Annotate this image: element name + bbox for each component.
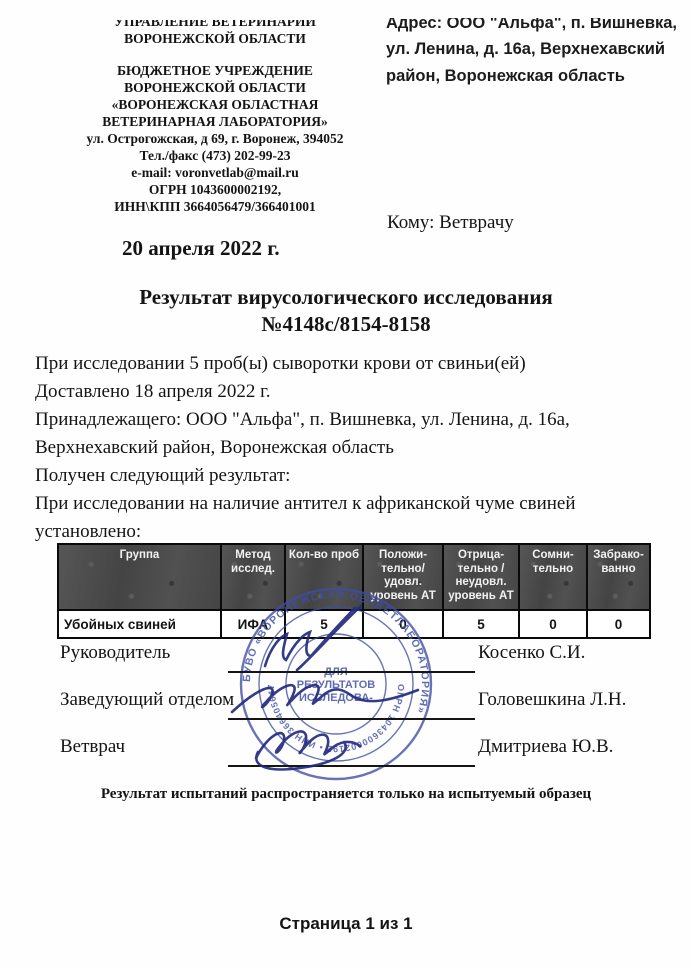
- paragraph-samples: При исследовании 5 проб(ы) сыворотки кро…: [35, 350, 664, 378]
- recipient-addr-line1: Адрес: ООО "Альфа", п. Вишневка,: [386, 18, 678, 36]
- document-title: Результат вирусологического исследования…: [20, 284, 672, 338]
- recipient-addr-line2: ул. Ленина, д. 16а, Верхнехавский: [386, 36, 678, 63]
- org-email: e-mail: voronvetlab@mail.ru: [52, 164, 378, 181]
- org-line2: ВОРОНЕЖСКОЙ ОБЛАСТИ: [52, 79, 378, 96]
- header-doubtful: Сомни- тельно: [519, 544, 587, 610]
- recipient-address-block: Адрес: ООО "Альфа", п. Вишневка, ул. Лен…: [386, 18, 678, 90]
- paragraph-result-intro: Получен следующий результат:: [35, 462, 664, 490]
- signature-name-1: Косенко С.И.: [478, 642, 585, 664]
- paragraph-delivered: Доставлено 18 апреля 2022 г.: [35, 378, 664, 406]
- signature-role-1: Руководитель: [60, 642, 170, 664]
- header-group: Группа: [58, 544, 221, 610]
- recipient-addr-line3: район, Воронежская область: [386, 63, 678, 90]
- signature-stroke-2: [232, 685, 418, 712]
- signature-stroke-3b: [256, 742, 345, 769]
- org-ogrn: ОГРН 1043600002192,: [52, 181, 378, 198]
- org-address: ул. Острогожская, д 69, г. Воронеж, 3940…: [52, 130, 378, 147]
- org-line4: ВЕТЕРИНАРНАЯ ЛАБОРАТОРИЯ»: [52, 113, 378, 130]
- signature-name-3: Дмитриева Ю.В.: [478, 736, 613, 758]
- recipient-addr-line1-clipped: Адрес: ООО "Альфа", п. Вишневка,: [386, 18, 678, 36]
- letterhead-gap: [52, 47, 378, 62]
- letterhead: УПРАВЛЕНИЕ ВЕТЕРИНАРИИ ВОРОНЕЖСКОЙ ОБЛАС…: [0, 0, 692, 268]
- dept-line1: УПРАВЛЕНИЕ ВЕТЕРИНАРИИ: [52, 20, 378, 30]
- signature-stroke-1b: [297, 606, 361, 670]
- title-line1: Результат вирусологического исследования: [20, 284, 672, 311]
- page-number: Страница 1 из 1: [0, 914, 692, 934]
- signature-ink: [225, 596, 485, 780]
- paragraph-owner: Принадлежащего: ООО "Альфа", п. Вишневка…: [35, 406, 664, 462]
- header-rejected: Забрако- ванно: [587, 544, 650, 610]
- org-line1: БЮДЖЕТНОЕ УЧРЕЖДЕНИЕ: [52, 62, 378, 79]
- letterhead-org-block: УПРАВЛЕНИЕ ВЕТЕРИНАРИИ ВОРОНЕЖСКОЙ ОБЛАС…: [52, 20, 378, 215]
- recipient-to-line: Кому: Ветврачу: [387, 212, 514, 234]
- document-page: УПРАВЛЕНИЕ ВЕТЕРИНАРИИ ВОРОНЕЖСКОЙ ОБЛАС…: [0, 0, 692, 968]
- dept-line2: ВОРОНЕЖСКОЙ ОБЛАСТИ: [52, 30, 378, 47]
- org-line3: «ВОРОНЕЖСКАЯ ОБЛАСТНАЯ: [52, 96, 378, 113]
- org-phone: Тел./факс (473) 202-99-23: [52, 147, 378, 164]
- body-text: При исследовании 5 проб(ы) сыворотки кро…: [35, 350, 664, 546]
- document-date: 20 апреля 2022 г.: [122, 236, 280, 261]
- org-inn: ИНН\КПП 3664056479/366401001: [52, 198, 378, 215]
- dept-line-clipped: УПРАВЛЕНИЕ ВЕТЕРИНАРИИ: [52, 20, 378, 30]
- signature-name-2: Головешкина Л.Н.: [478, 689, 626, 711]
- paragraph-test-intro: При исследовании на наличие антител к аф…: [35, 490, 664, 546]
- title-line2: №4148с/8154-8158: [20, 311, 672, 338]
- signature-role-2: Заведующий отделом: [60, 689, 234, 711]
- signature-role-3: Ветврач: [60, 736, 125, 758]
